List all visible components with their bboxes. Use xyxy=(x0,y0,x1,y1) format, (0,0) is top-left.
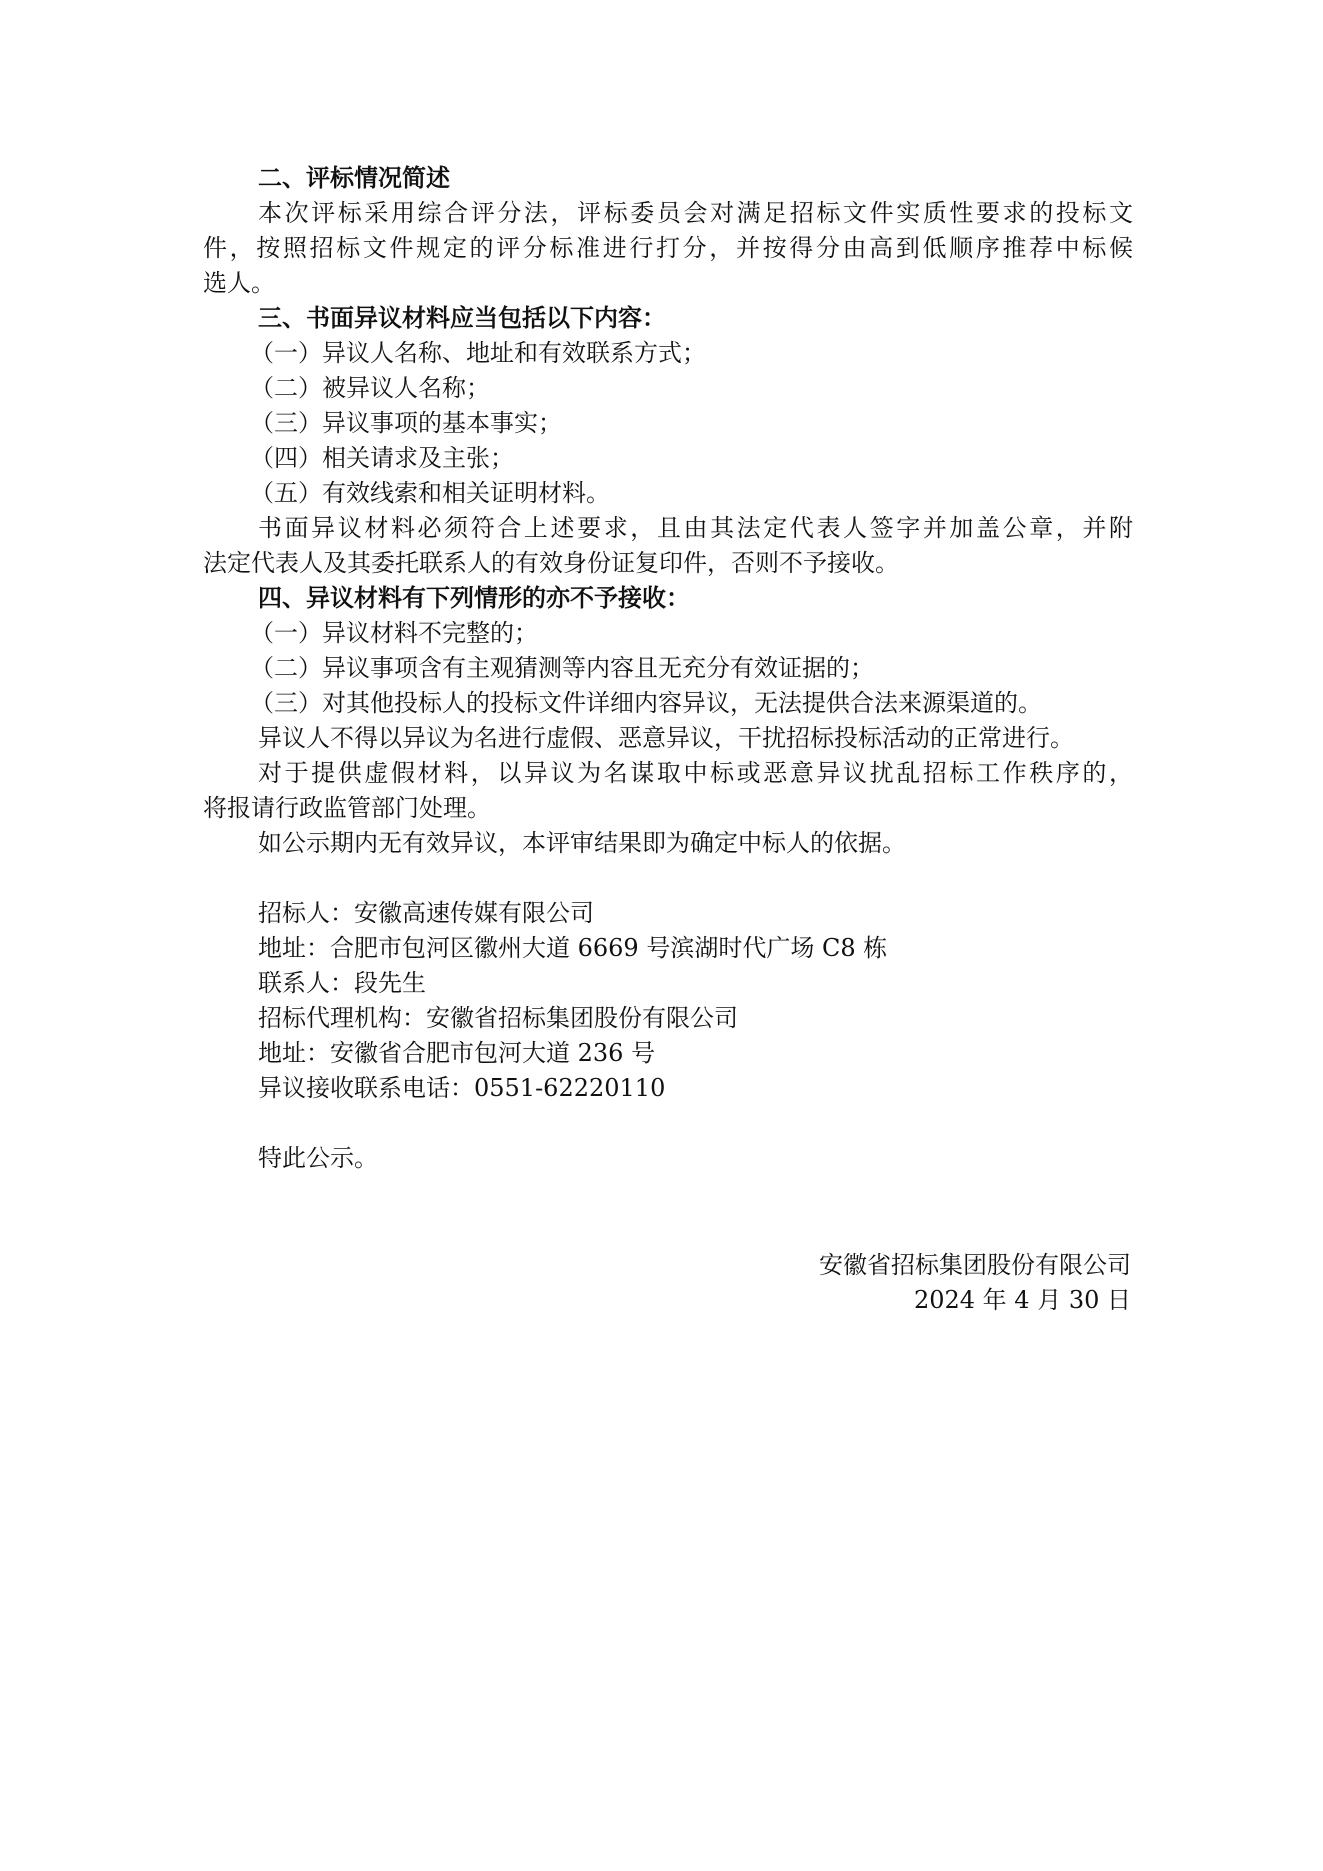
section3-item-1: （一）异议人名称、地址和有效联系方式； xyxy=(250,338,1180,368)
section4-item-2: （二）异议事项含有主观猜测等内容且无充分有效证据的； xyxy=(250,653,1180,683)
section3-heading: 三、书面异议材料应当包括以下内容： xyxy=(258,303,1188,333)
objection-phone: 异议接收联系电话：0551-62220110 xyxy=(258,1073,1188,1103)
section2-heading: 二、评标情况简述 xyxy=(258,163,1188,193)
section2-para-line2: 件，按照招标文件规定的评分标准进行打分，并按得分由高到低顺序推荐中标候 xyxy=(203,233,1133,263)
section4-para3: 如公示期内无有效异议，本评审结果即为确定中标人的依据。 xyxy=(258,828,1188,858)
section4-heading: 四、异议材料有下列情形的亦不予接收： xyxy=(258,583,1188,613)
agency-address: 地址：安徽省合肥市包河大道 236 号 xyxy=(258,1038,1188,1068)
section2-para-line3: 选人。 xyxy=(203,268,1133,298)
section4-para1: 异议人不得以异议为名进行虚假、恶意异议，干扰招标投标活动的正常进行。 xyxy=(258,723,1188,753)
section3-item-2: （二）被异议人名称； xyxy=(250,373,1180,403)
section2-para-line1: 本次评标采用综合评分法，评标委员会对满足招标文件实质性要求的投标文 xyxy=(258,198,1133,228)
section3-note-line1: 书面异议材料必须符合上述要求，且由其法定代表人签字并加盖公章，并附 xyxy=(258,513,1133,543)
contact-person: 联系人：段先生 xyxy=(258,968,1188,998)
section4-item-1: （一）异议材料不完整的； xyxy=(250,618,1180,648)
section4-para2-line1: 对于提供虚假材料，以异议为名谋取中标或恶意异议扰乱招标工作秩序的， xyxy=(258,758,1133,788)
tender-agency: 招标代理机构：安徽省招标集团股份有限公司 xyxy=(258,1003,1188,1033)
closing-statement: 特此公示。 xyxy=(258,1143,1188,1173)
section3-item-3: （三）异议事项的基本事实； xyxy=(250,408,1180,438)
document-page: 二、评标情况简述 本次评标采用综合评分法，评标委员会对满足招标文件实质性要求的投… xyxy=(0,0,1323,1871)
section3-item-5: （五）有效线索和相关证明材料。 xyxy=(250,478,1180,508)
section3-item-4: （四）相关请求及主张； xyxy=(250,443,1180,473)
tenderer: 招标人：安徽高速传媒有限公司 xyxy=(258,898,1188,928)
section4-para2-line2: 将报请行政监管部门处理。 xyxy=(203,793,1133,823)
tenderer-address: 地址：合肥市包河区徽州大道 6669 号滨湖时代广场 C8 栋 xyxy=(258,933,1188,963)
signature-org: 安徽省招标集团股份有限公司 xyxy=(819,1250,1131,1280)
section3-note-line2: 法定代表人及其委托联系人的有效身份证复印件，否则不予接收。 xyxy=(203,548,1133,578)
signature-date: 2024 年 4 月 30 日 xyxy=(914,1285,1131,1315)
section4-item-3: （三）对其他投标人的投标文件详细内容异议，无法提供合法来源渠道的。 xyxy=(250,688,1180,718)
